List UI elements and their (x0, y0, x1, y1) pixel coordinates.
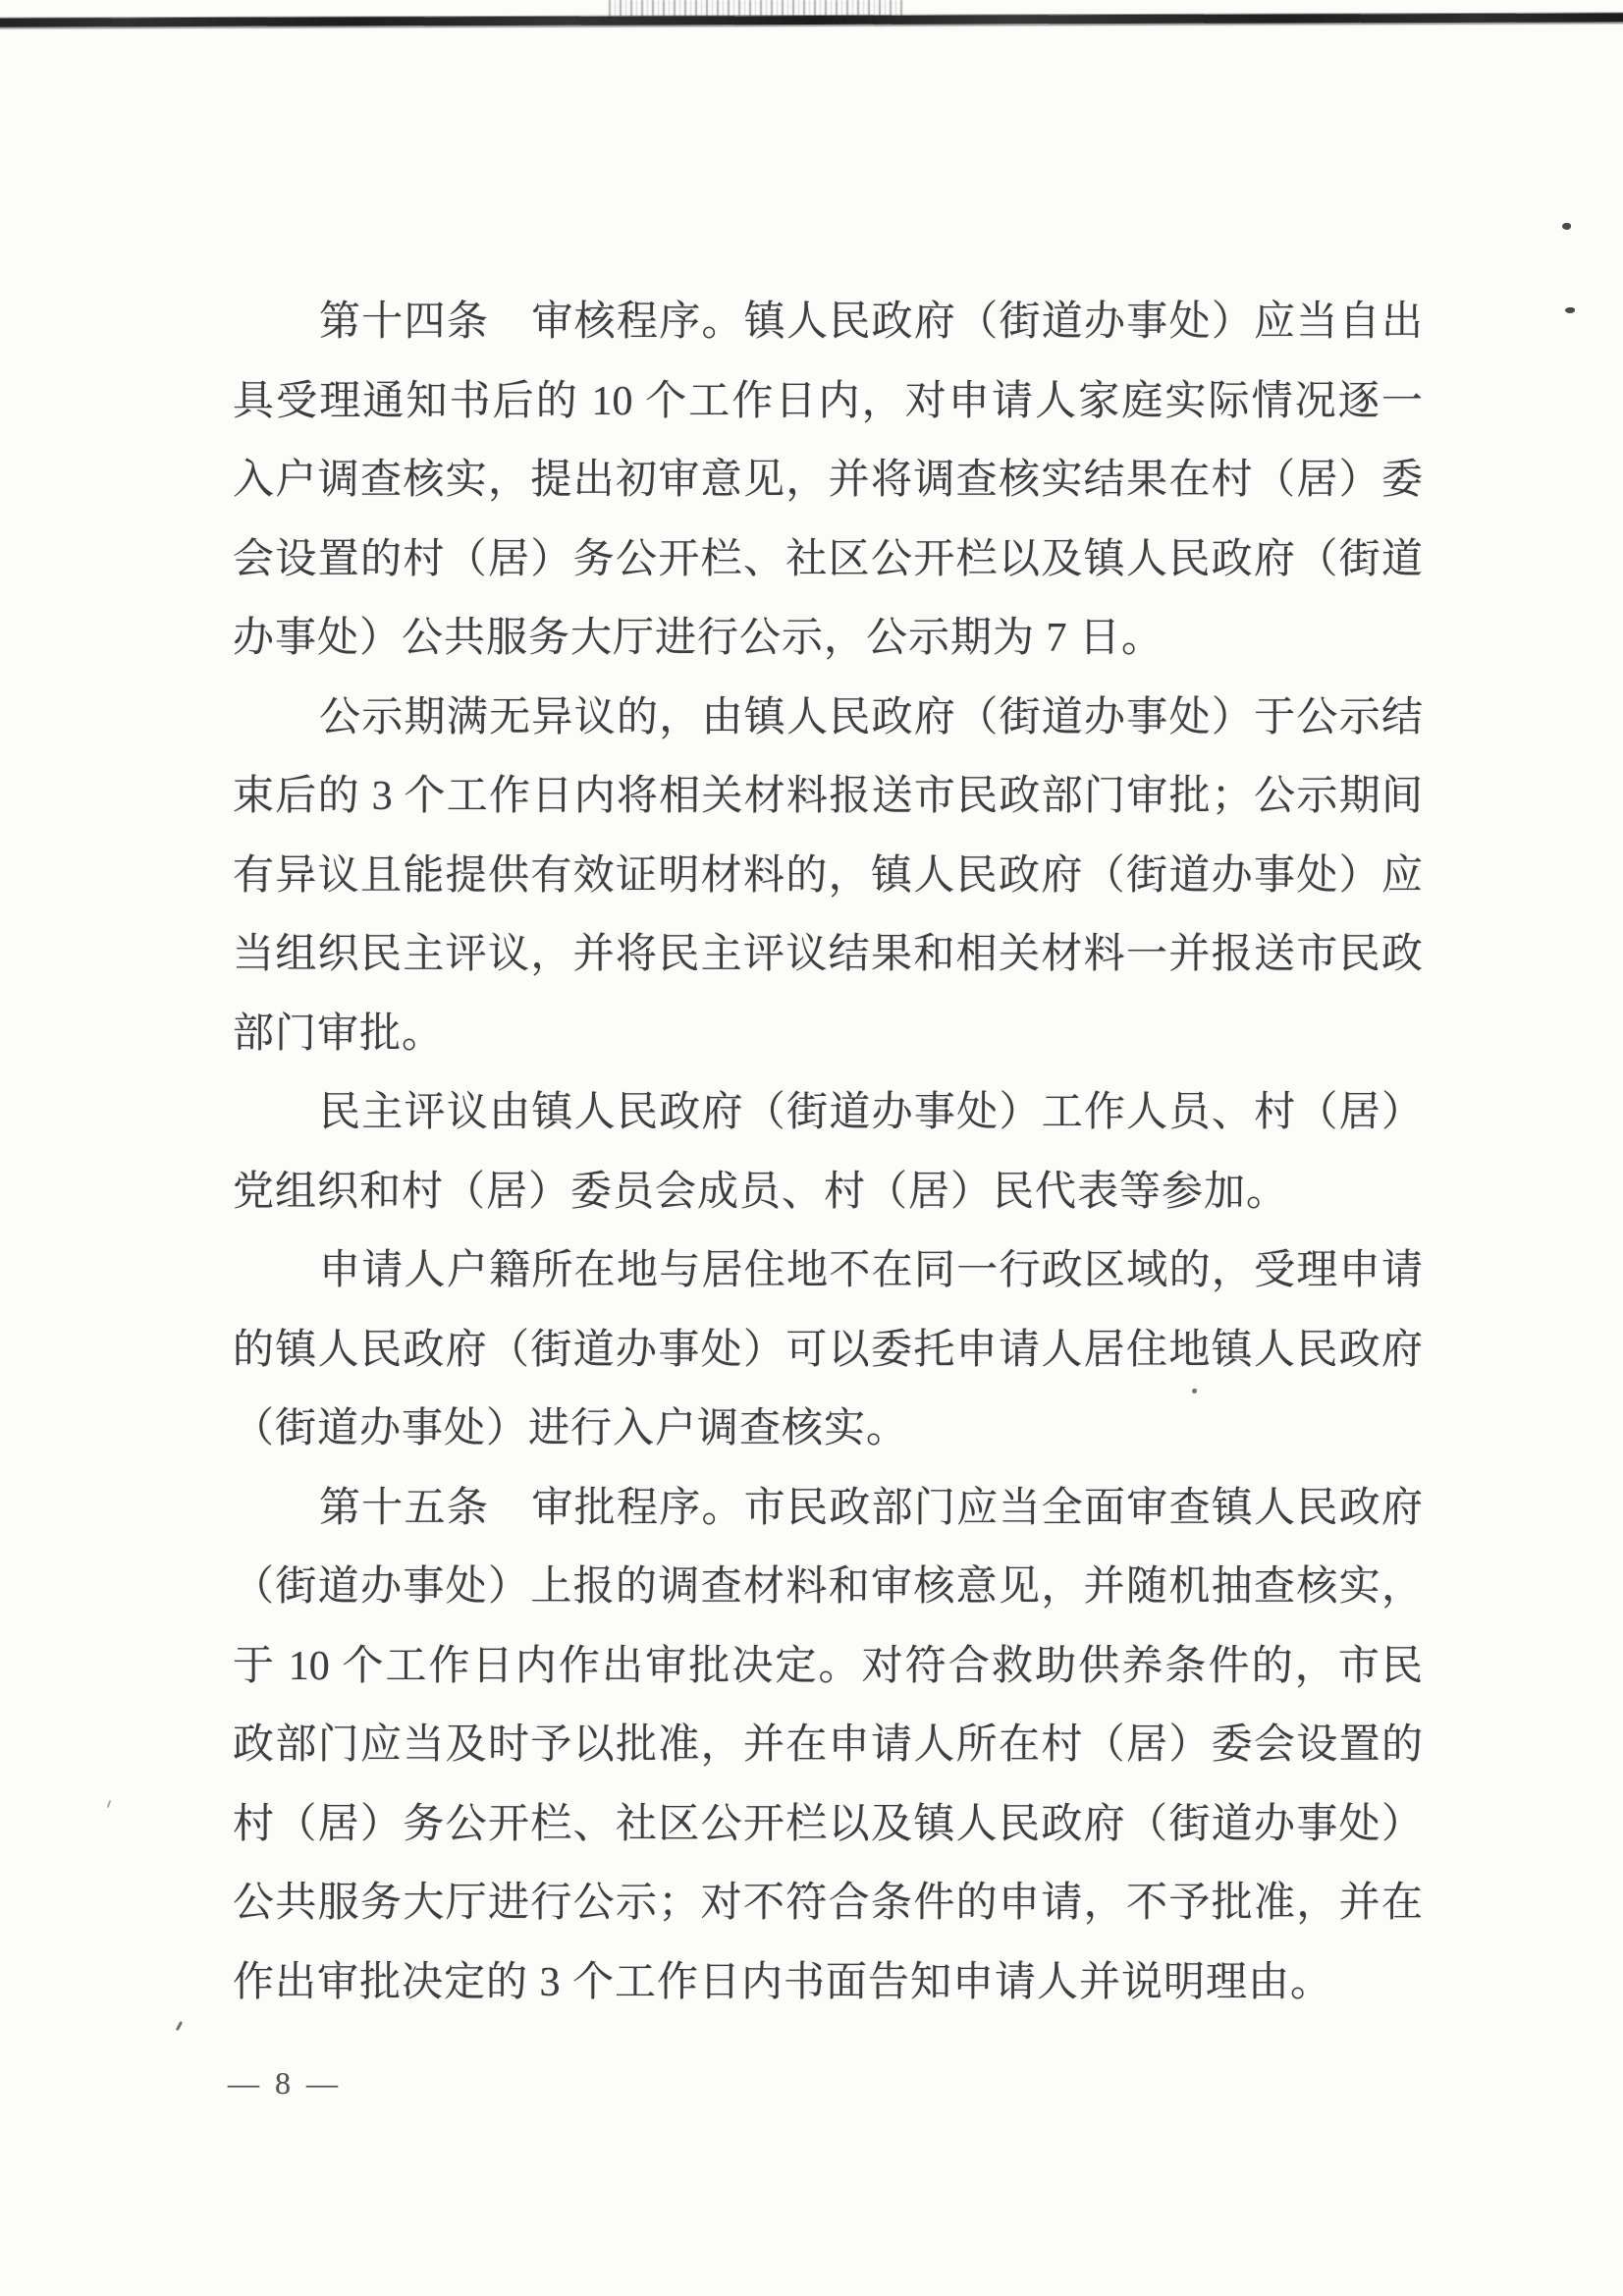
text-line: 部门审批。 (233, 1010, 1423, 1059)
text-line: 政部门应当及时予以批准，并在申请人所在村（居）委会设置的 (233, 1721, 1423, 1770)
scan-speck (107, 1800, 112, 1808)
text-line: 作出审批决定的 3 个工作日内书面告知申请人并说明理由。 (233, 1958, 1423, 2007)
text-line: 具受理通知书后的 10 个工作日内，对申请人家庭实际情况逐一 (233, 377, 1423, 426)
text-line: 入户调查核实，提出初审意见，并将调查核实结果在村（居）委 (233, 456, 1423, 505)
document-page: 第十四条 审核程序。镇人民政府（街道办事处）应当自出 具受理通知书后的 10 个… (0, 0, 1623, 2296)
scan-speck (1565, 307, 1575, 313)
scan-speck (176, 2021, 183, 2031)
text-line: 的镇人民政府（街道办事处）可以委托申请人居住地镇人民政府 (233, 1326, 1423, 1375)
scan-artifact-top-smudge (609, 0, 903, 17)
text-line: 民主评议由镇人民政府（街道办事处）工作人员、村（居） (233, 1088, 1423, 1137)
scan-speck (1562, 223, 1571, 230)
text-line: 当组织民主评议，并将民主评议结果和相关材料一并报送市民政 (233, 930, 1423, 979)
text-line: 会设置的村（居）务公开栏、社区公开栏以及镇人民政府（街道 (233, 535, 1423, 584)
text-line: 束后的 3 个工作日内将相关材料报送市民政部门审批；公示期间 (233, 772, 1423, 821)
text-line: 办事处）公共服务大厅进行公示，公示期为 7 日。 (233, 614, 1423, 663)
text-line: 公示期满无异议的，由镇人民政府（街道办事处）于公示结 (233, 693, 1423, 742)
text-line-article-15-heading: 第十五条 审批程序。市民政部门应当全面审查镇人民政府 (233, 1484, 1423, 1533)
text-line: 申请人户籍所在地与居住地不在同一行政区域的，受理申请 (233, 1246, 1423, 1295)
text-line-article-14-heading: 第十四条 审核程序。镇人民政府（街道办事处）应当自出 (233, 298, 1423, 347)
text-line: 公共服务大厅进行公示；对不符合条件的申请，不予批准，并在 (233, 1879, 1423, 1928)
text-line: 党组织和村（居）委员会成员、村（居）民代表等参加。 (233, 1168, 1423, 1217)
text-line: 于 10 个工作日内作出审批决定。对符合救助供养条件的，市民 (233, 1642, 1423, 1691)
scan-speck (1192, 1389, 1197, 1394)
text-line: 村（居）务公开栏、社区公开栏以及镇人民政府（街道办事处） (233, 1800, 1423, 1849)
text-line: （街道办事处）进行入户调查核实。 (233, 1404, 1423, 1453)
page-number: — 8 — (228, 2065, 342, 2102)
text-line: 有异议且能提供有效证明材料的，镇人民政府（街道办事处）应 (233, 851, 1423, 901)
text-line: （街道办事处）上报的调查材料和审核意见，并随机抽查核实， (233, 1562, 1423, 1612)
